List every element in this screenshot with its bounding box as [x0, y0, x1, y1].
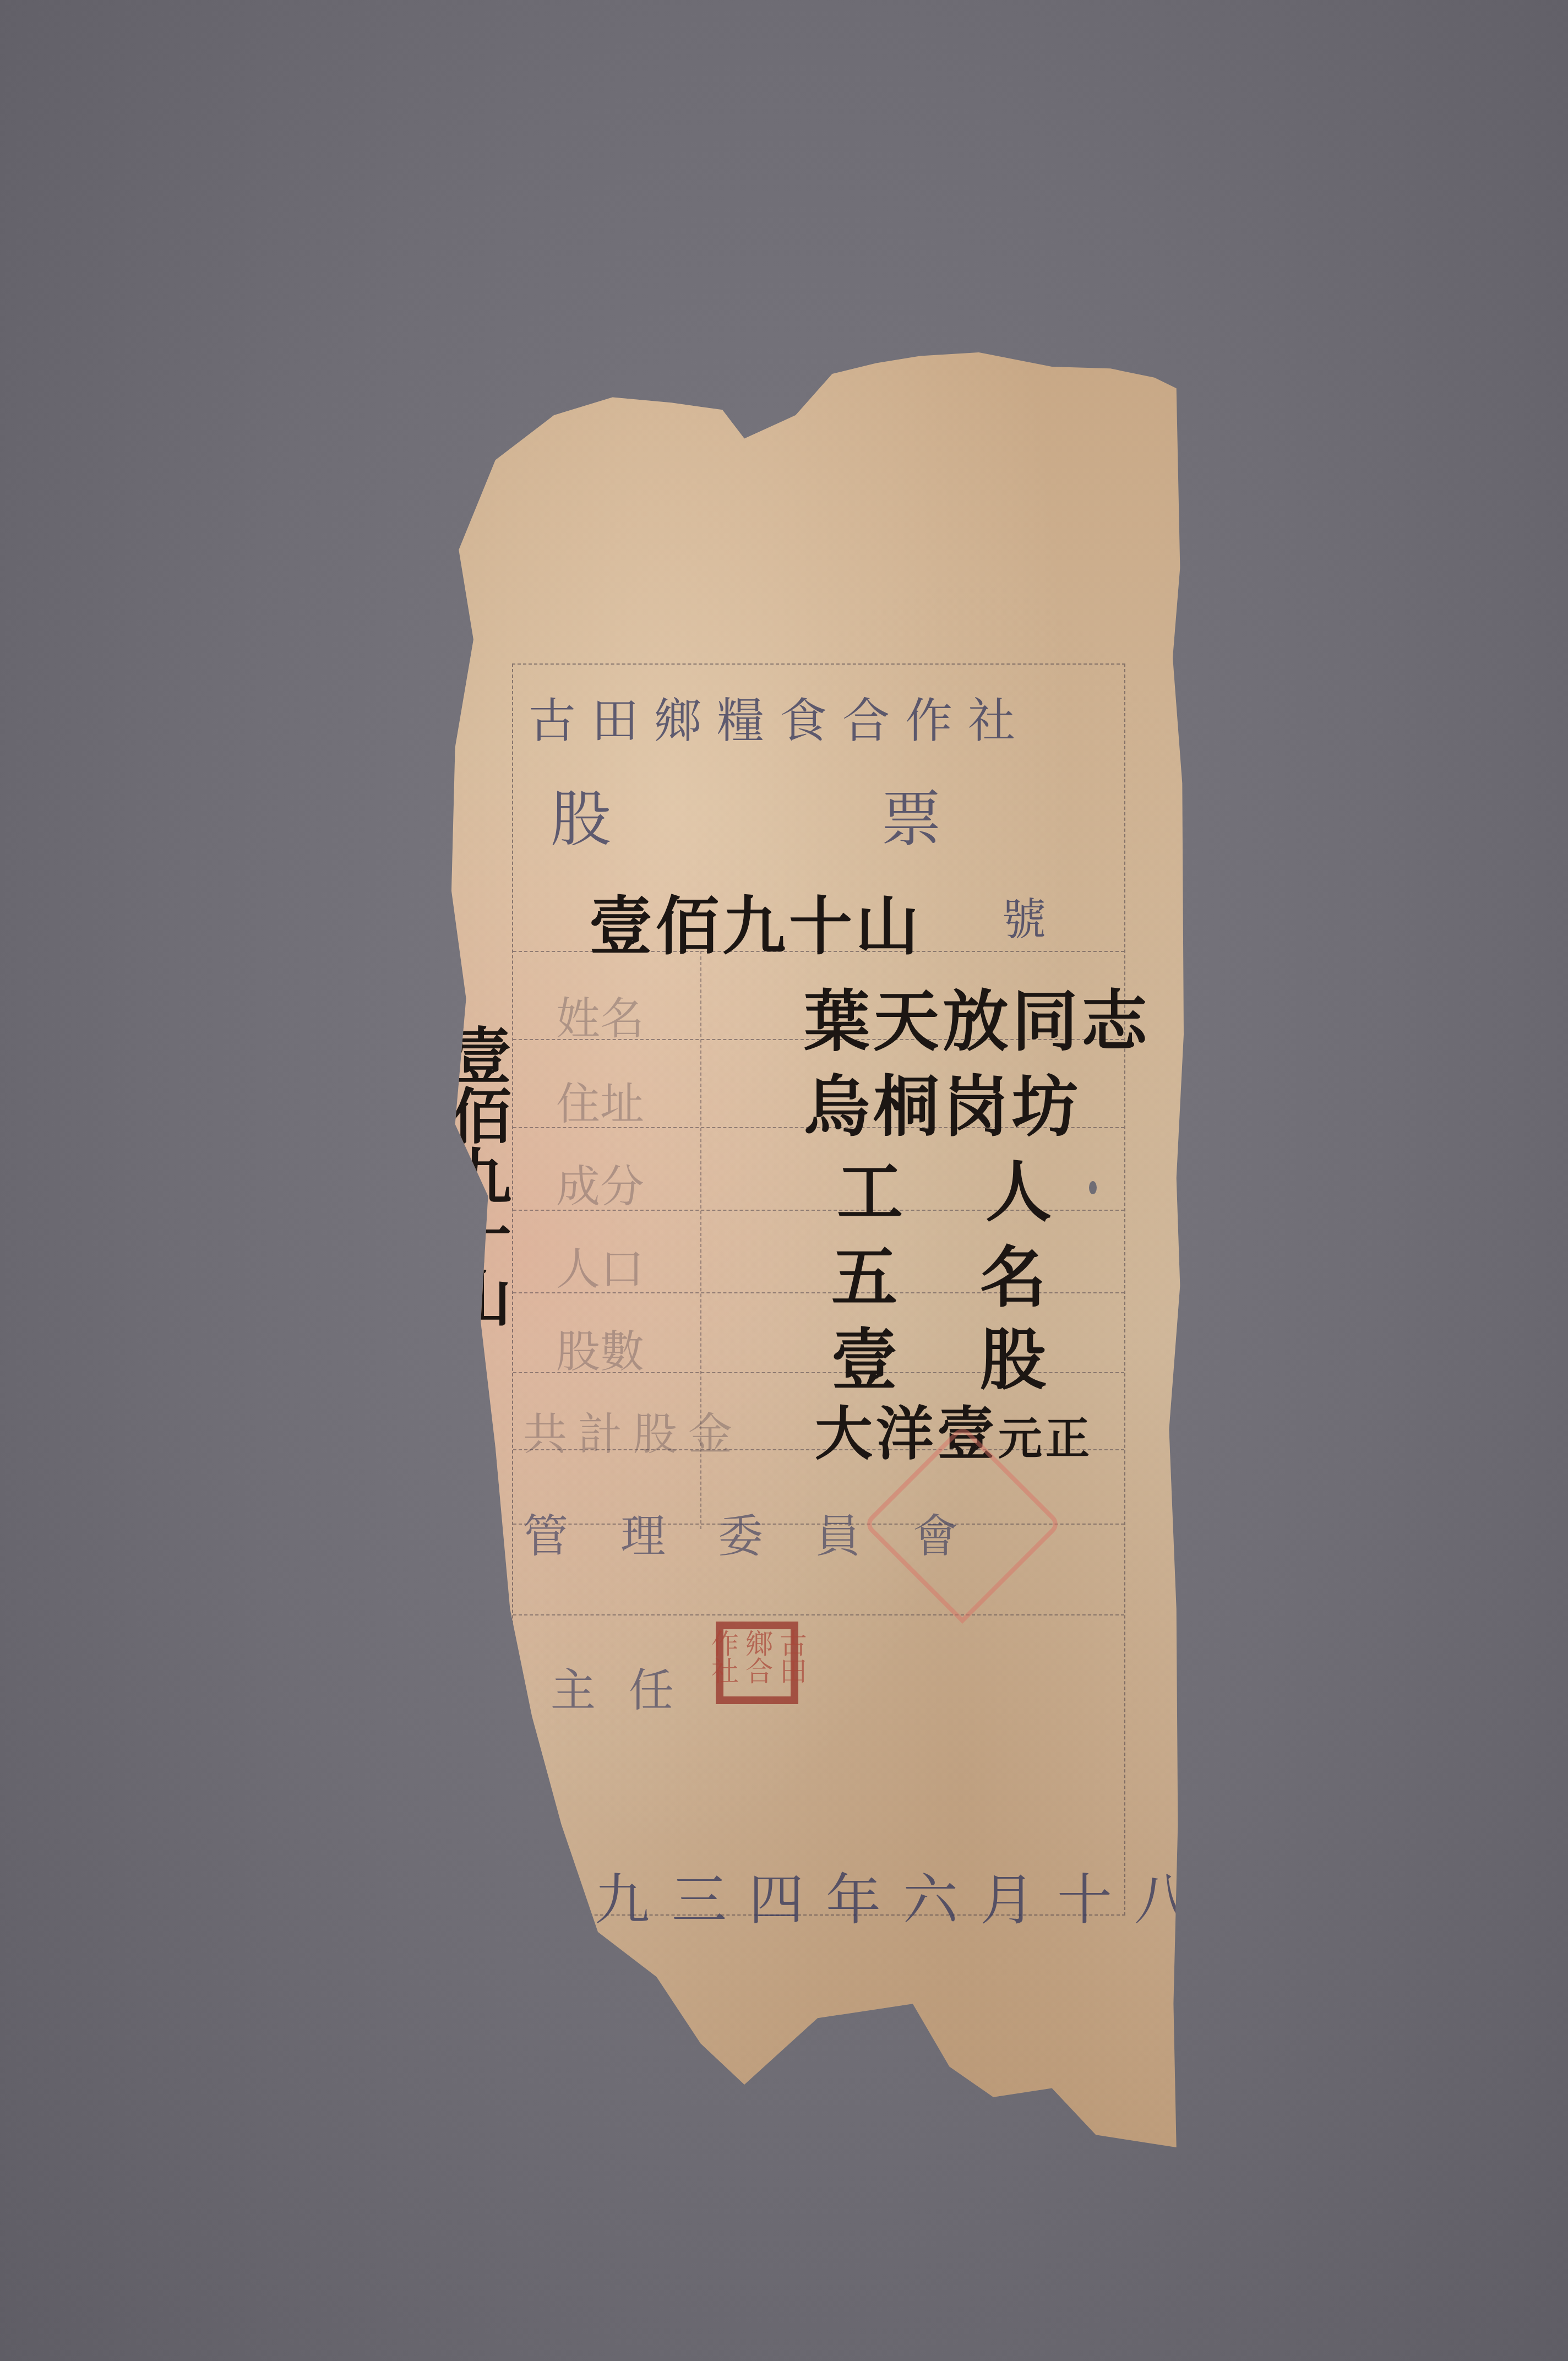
cooperative-title: 古田鄉糧食合作社: [529, 683, 1112, 751]
date-text: 一九三四年六月十八日: [518, 1868, 1288, 1932]
issuer-label: 管理委員會: [523, 1500, 1010, 1565]
subtitle-ticket: 票: [881, 771, 941, 858]
red-seal-stamp: 古田鄉合作社: [716, 1622, 798, 1704]
address-main: 烏桐岗: [804, 1068, 1012, 1146]
household-main: 五: [831, 1239, 980, 1316]
field-value-address: 烏桐岗坊: [804, 1054, 1081, 1149]
field-label-name: 姓名: [556, 983, 644, 1046]
issue-date: 一九三四年六月十八日: [518, 1856, 1288, 1935]
member-name: 葉天放: [804, 983, 1012, 1060]
field-label-shares: 股數: [556, 1316, 644, 1379]
counterfoil-serial: 壹佰九十山: [446, 1024, 507, 1327]
subtitle-share: 股: [551, 771, 611, 858]
class-main: 工: [837, 1154, 986, 1231]
serial-number: 壹佰九十山: [589, 875, 922, 966]
member-title: 同志: [1012, 983, 1151, 1060]
share-certificate-document: 古田鄉糧食合作社 股 票 壹佰九十山 號 姓名 葉天放同志 住址 烏桐岗坊 成分…: [451, 352, 1184, 2147]
serial-label: 號: [1002, 884, 1046, 947]
field-value-class: 工人: [837, 1140, 1134, 1234]
field-label-household: 人口: [556, 1233, 644, 1297]
address-suffix: 坊: [1012, 1068, 1081, 1146]
row-divider: [513, 1614, 1124, 1615]
household-suffix: 名: [980, 1239, 1129, 1316]
field-label-address: 住址: [556, 1068, 644, 1131]
total-suffix: 元正: [998, 1412, 1093, 1464]
field-value-household: 五名: [831, 1225, 1129, 1320]
field-label-total: 共計股金: [523, 1399, 743, 1462]
signatory-label: 主任: [551, 1655, 707, 1719]
class-suffix: 人: [986, 1154, 1134, 1231]
field-label-class: 成分: [556, 1151, 644, 1214]
field-value-name: 葉天放同志: [804, 969, 1151, 1064]
